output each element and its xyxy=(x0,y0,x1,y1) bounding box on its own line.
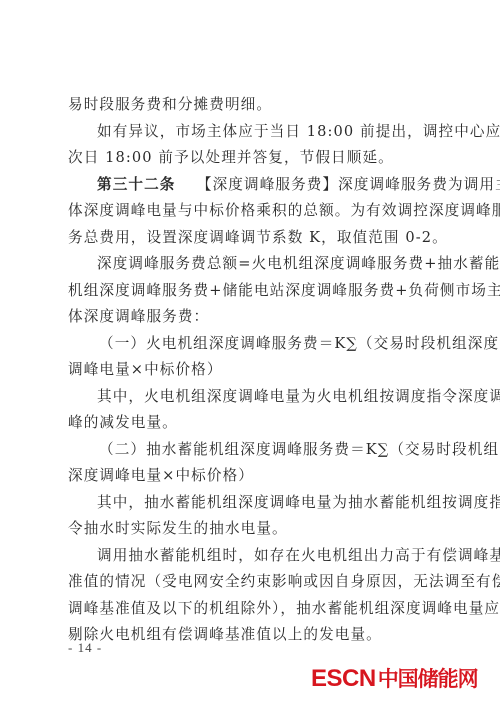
line-text: 其中，火电机组深度调峰电量为火电机组按调度指令深度调 xyxy=(97,388,500,405)
line-text: 令抽水时实际发生的抽水电量。 xyxy=(68,520,288,537)
paragraph-line: 其中，抽水蓄能机组深度调峰电量为抽水蓄能机组按调度指 xyxy=(97,490,438,516)
paragraph-line: 机组深度调峰服务费+储能电站深度调峰服务费+负荷侧市场主 xyxy=(68,278,438,304)
line-text: 调峰基准值及以下的机组除外），抽水蓄能机组深度调峰电量应 xyxy=(68,600,500,617)
line-text: （一）火电机组深度调峰服务费＝K∑（交易时段机组深度 xyxy=(99,335,499,352)
paragraph-line: （二）抽水蓄能机组深度调峰服务费＝K∑（交易时段机组 xyxy=(99,437,438,463)
logo-text-en: ESCN xyxy=(311,665,376,692)
logo-text-cn: 中国储能网 xyxy=(378,667,478,691)
paragraph-line: 令抽水时实际发生的抽水电量。 xyxy=(68,516,438,542)
article-number: 第三十二条 xyxy=(97,176,175,193)
line-text: 峰的减发电量。 xyxy=(68,414,178,431)
paragraph-line: 剔除火电机组有偿调峰基准值以上的发电量。 xyxy=(68,622,438,648)
escn-watermark-logo: ESCN中国储能网 xyxy=(311,664,478,694)
paragraph-line: 峰的减发电量。 xyxy=(68,410,438,436)
line-text: 体深度调峰电量与中标价格乘积的总额。为有效调控深度调峰服 xyxy=(68,202,500,219)
line-text: 深度调峰电量×中标价格） xyxy=(68,467,254,484)
paragraph-line: 调峰基准值及以下的机组除外），抽水蓄能机组深度调峰电量应 xyxy=(68,596,438,622)
line-text: 调峰电量×中标价格） xyxy=(68,361,223,378)
line-text: 其中，抽水蓄能机组深度调峰电量为抽水蓄能机组按调度指 xyxy=(97,494,500,511)
line-text: （二）抽水蓄能机组深度调峰服务费＝K∑（交易时段机组 xyxy=(99,441,499,458)
line-text: 体深度调峰服务费： xyxy=(68,308,209,325)
page-number: - 14 - xyxy=(68,638,102,658)
paragraph-line: 次日 18:00 前予以处理并答复，节假日顺延。 xyxy=(68,145,438,171)
line-text: 【深度调峰服务费】深度调峰服务费为调用主 xyxy=(197,176,500,193)
paragraph-line: （一）火电机组深度调峰服务费＝K∑（交易时段机组深度 xyxy=(99,331,438,357)
paragraph-line: 如有异议，市场主体应于当日 18:00 前提出，调控中心应于 xyxy=(97,119,438,145)
paragraph-line: 深度调峰服务费总额=火电机组深度调峰服务费+抽水蓄能 xyxy=(97,251,438,277)
line-text: 次日 18:00 前予以处理并答复，节假日顺延。 xyxy=(68,149,394,166)
paragraph-line: 其中，火电机组深度调峰电量为火电机组按调度指令深度调 xyxy=(97,384,438,410)
document-page: 易时段服务费和分摊费明细。如有异议，市场主体应于当日 18:00 前提出，调控中… xyxy=(0,0,500,706)
paragraph-line: 易时段服务费和分摊费明细。 xyxy=(68,92,438,118)
paragraph-line: 深度调峰电量×中标价格） xyxy=(68,463,438,489)
paragraph-line: 调用抽水蓄能机组时，如存在火电机组出力高于有偿调峰基 xyxy=(97,543,438,569)
paragraph-line: 体深度调峰服务费： xyxy=(68,304,438,330)
paragraph-line: 调峰电量×中标价格） xyxy=(68,357,438,383)
line-text: 机组深度调峰服务费+储能电站深度调峰服务费+负荷侧市场主 xyxy=(68,282,500,299)
line-text: 调用抽水蓄能机组时，如存在火电机组出力高于有偿调峰基 xyxy=(97,547,500,564)
line-text: 剔除火电机组有偿调峰基准值以上的发电量。 xyxy=(68,626,382,643)
line-text: 务总费用，设置深度调峰调节系数 K，取值范围 0-2。 xyxy=(68,229,448,246)
line-text: 深度调峰服务费总额=火电机组深度调峰服务费+抽水蓄能 xyxy=(97,255,500,272)
line-text: 准值的情况（受电网安全约束影响或因自身原因，无法调至有偿 xyxy=(68,573,500,590)
line-text: 如有异议，市场主体应于当日 18:00 前提出，调控中心应于 xyxy=(97,123,500,140)
paragraph-line: 务总费用，设置深度调峰调节系数 K，取值范围 0-2。 xyxy=(68,225,438,251)
paragraph-line: 体深度调峰电量与中标价格乘积的总额。为有效调控深度调峰服 xyxy=(68,198,438,224)
article-heading-line: 第三十二条 【深度调峰服务费】深度调峰服务费为调用主 xyxy=(97,172,438,198)
line-text: 易时段服务费和分摊费明细。 xyxy=(68,96,272,113)
paragraph-line: 准值的情况（受电网安全约束影响或因自身原因，无法调至有偿 xyxy=(68,569,438,595)
